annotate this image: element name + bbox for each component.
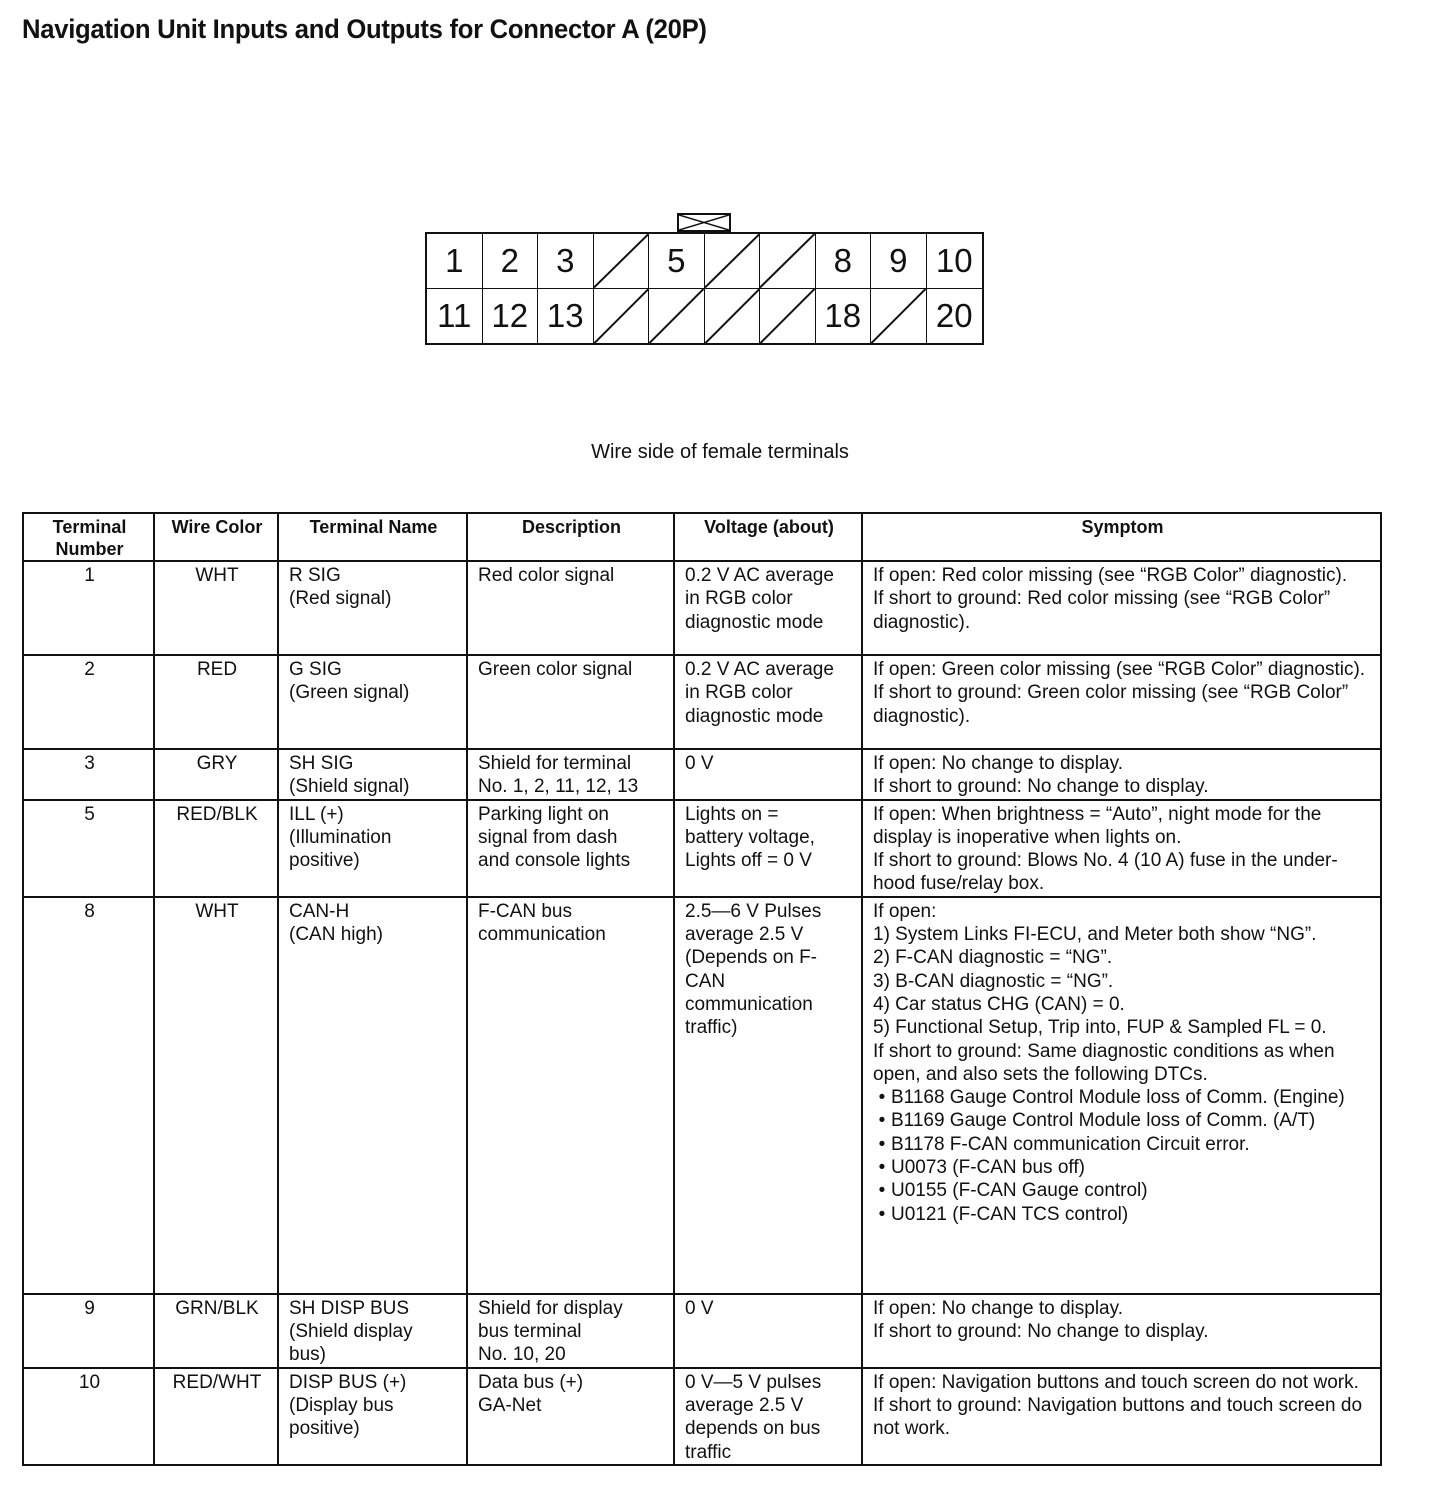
dtc-text: U0073 (F-CAN bus off) <box>891 1157 1085 1178</box>
table-row: 5RED/BLKILL (+)(Illuminationpositive)Par… <box>23 800 1381 897</box>
symptom-cell: If open: No change to display.If short t… <box>862 749 1381 800</box>
wire-color-cell: GRY <box>154 749 278 800</box>
dtc-list-item: B1169 Gauge Control Module loss of Comm.… <box>873 1109 1372 1132</box>
symptom-line: If short to ground: Red color missing (s… <box>873 587 1372 634</box>
table-row: 2REDG SIG(Green signal)Green color signa… <box>23 655 1381 749</box>
symptom-line: If short to ground: Navigation buttons a… <box>873 1394 1372 1441</box>
voltage-cell: 0 V <box>674 749 862 800</box>
terminal-name-cell: SH SIG(Shield signal) <box>278 749 467 800</box>
voltage-line: 0 V <box>685 1297 853 1320</box>
voltage-line: communication <box>685 993 853 1016</box>
description-cell: Red color signal <box>467 561 674 655</box>
voltage-cell: 0 V—5 V pulsesaverage 2.5 Vdepends on bu… <box>674 1368 862 1465</box>
voltage-line: traffic <box>685 1441 853 1464</box>
symptom-line: If short to ground: No change to display… <box>873 1320 1372 1343</box>
symptom-line: If open: Navigation buttons and touch sc… <box>873 1371 1372 1394</box>
description-line: Data bus (+) <box>478 1371 665 1394</box>
voltage-line: average 2.5 V <box>685 923 853 946</box>
description-line: bus terminal <box>478 1320 665 1343</box>
table-row: 1WHTR SIG(Red signal)Red color signal0.2… <box>23 561 1381 655</box>
voltage-line: 0 V <box>685 752 853 775</box>
voltage-line: CAN <box>685 970 853 993</box>
terminal-cell: 1 <box>427 234 483 289</box>
description-line: Red color signal <box>478 564 665 587</box>
voltage-line: 0.2 V AC average <box>685 564 853 587</box>
description-line: No. 1, 2, 11, 12, 13 <box>478 775 665 798</box>
wire-color-cell: WHT <box>154 561 278 655</box>
terminal-name-cell: CAN-H(CAN high) <box>278 897 467 1294</box>
name-line: (Shield signal) <box>289 775 458 798</box>
symptom-line: 4) Car status CHG (CAN) = 0. <box>873 993 1372 1016</box>
terminal-name-cell: G SIG(Green signal) <box>278 655 467 749</box>
voltage-line: 2.5—6 V Pulses <box>685 900 853 923</box>
terminal-cell: 2 <box>483 234 539 289</box>
voltage-cell: Lights on =battery voltage,Lights off = … <box>674 800 862 897</box>
symptom-line: If open: Red color missing (see “RGB Col… <box>873 564 1372 587</box>
dtc-text: B1178 F-CAN communication Circuit error. <box>891 1134 1250 1155</box>
description-line: signal from dash <box>478 826 665 849</box>
symptom-cell: If open: No change to display.If short t… <box>862 1294 1381 1368</box>
dtc-text: U0121 (F-CAN TCS control) <box>891 1204 1128 1225</box>
terminal-cell: 18 <box>816 289 872 344</box>
terminal-name-cell: R SIG(Red signal) <box>278 561 467 655</box>
symptom-line: If open: Green color missing (see “RGB C… <box>873 658 1372 681</box>
dtc-list-item: U0121 (F-CAN TCS control) <box>873 1203 1372 1226</box>
dtc-list-item: B1178 F-CAN communication Circuit error. <box>873 1133 1372 1156</box>
wire-color-cell: GRN/BLK <box>154 1294 278 1368</box>
symptom-line: If open: <box>873 900 1372 923</box>
description-line: and console lights <box>478 849 665 872</box>
wire-color-cell: RED/BLK <box>154 800 278 897</box>
name-line: (Shield display <box>289 1320 458 1343</box>
terminal-number-cell: 3 <box>23 749 154 800</box>
header-wire-color: Wire Color <box>154 513 278 561</box>
terminal-name-cell: SH DISP BUS(Shield displaybus) <box>278 1294 467 1368</box>
symptom-cell: If open: Green color missing (see “RGB C… <box>862 655 1381 749</box>
terminal-number-cell: 9 <box>23 1294 154 1368</box>
description-line: F-CAN bus <box>478 900 665 923</box>
name-line: DISP BUS (+) <box>289 1371 458 1394</box>
voltage-line: Lights on = <box>685 803 853 826</box>
description-line: Shield for display <box>478 1297 665 1320</box>
name-line: (Green signal) <box>289 681 458 704</box>
connector-caption: Wire side of female terminals <box>0 441 1440 464</box>
symptom-cell: If open: When brightness = “Auto”, night… <box>862 800 1381 897</box>
name-line: positive) <box>289 849 458 872</box>
dtc-text: B1169 Gauge Control Module loss of Comm.… <box>891 1110 1315 1131</box>
dtc-list-item: U0155 (F-CAN Gauge control) <box>873 1179 1372 1202</box>
voltage-line: diagnostic mode <box>685 705 853 728</box>
terminal-number-cell: 10 <box>23 1368 154 1465</box>
voltage-line: depends on bus <box>685 1417 853 1440</box>
terminal-name-cell: ILL (+)(Illuminationpositive) <box>278 800 467 897</box>
connector-terminal-grid: 123589101112131820 <box>425 232 984 345</box>
name-line: bus) <box>289 1343 458 1366</box>
unused-terminal-cell <box>594 234 650 289</box>
voltage-line: 0 V—5 V pulses <box>685 1371 853 1394</box>
voltage-line: (Depends on F- <box>685 946 853 969</box>
voltage-line: 0.2 V AC average <box>685 658 853 681</box>
table-row: 3GRYSH SIG(Shield signal)Shield for term… <box>23 749 1381 800</box>
description-cell: Green color signal <box>467 655 674 749</box>
unused-terminal-cell <box>760 234 816 289</box>
symptom-line: If open: When brightness = “Auto”, night… <box>873 803 1372 850</box>
description-line: Shield for terminal <box>478 752 665 775</box>
name-line: (Red signal) <box>289 587 458 610</box>
header-terminal-name: Terminal Name <box>278 513 467 561</box>
dtc-text: B1168 Gauge Control Module loss of Comm.… <box>891 1087 1345 1108</box>
table-row: 10RED/WHTDISP BUS (+)(Display buspositiv… <box>23 1368 1381 1465</box>
name-line: CAN-H <box>289 900 458 923</box>
name-line: SH DISP BUS <box>289 1297 458 1320</box>
terminal-cell: 8 <box>816 234 872 289</box>
description-cell: Shield for terminalNo. 1, 2, 11, 12, 13 <box>467 749 674 800</box>
voltage-line: Lights off = 0 V <box>685 849 853 872</box>
symptom-line: If open: No change to display. <box>873 1297 1372 1320</box>
terminal-cell: 20 <box>927 289 983 344</box>
symptom-cell: If open: Navigation buttons and touch sc… <box>862 1368 1381 1465</box>
table-row: 8WHTCAN-H(CAN high)F-CAN buscommunicatio… <box>23 897 1381 1294</box>
name-line: positive) <box>289 1417 458 1440</box>
unused-terminal-cell <box>760 289 816 344</box>
terminal-number-cell: 8 <box>23 897 154 1294</box>
description-cell: Parking light onsignal from dashand cons… <box>467 800 674 897</box>
voltage-cell: 0 V <box>674 1294 862 1368</box>
description-line: GA-Net <box>478 1394 665 1417</box>
symptom-line: If short to ground: Same diagnostic cond… <box>873 1040 1372 1087</box>
name-line: (Illumination <box>289 826 458 849</box>
terminal-number-cell: 1 <box>23 561 154 655</box>
voltage-line: in RGB color <box>685 587 853 610</box>
symptom-line: If short to ground: Green color missing … <box>873 681 1372 728</box>
unused-terminal-cell <box>594 289 650 344</box>
voltage-line: in RGB color <box>685 681 853 704</box>
name-line: ILL (+) <box>289 803 458 826</box>
pinout-table: Terminal Number Wire Color Terminal Name… <box>22 512 1382 1466</box>
terminal-cell: 13 <box>538 289 594 344</box>
terminal-name-cell: DISP BUS (+)(Display buspositive) <box>278 1368 467 1465</box>
description-line: Green color signal <box>478 658 665 681</box>
connector-latch <box>677 213 731 232</box>
unused-terminal-cell <box>705 289 761 344</box>
voltage-line: average 2.5 V <box>685 1394 853 1417</box>
header-voltage: Voltage (about) <box>674 513 862 561</box>
unused-terminal-cell <box>705 234 761 289</box>
symptom-cell: If open:1) System Links FI-ECU, and Mete… <box>862 897 1381 1294</box>
dtc-text: U0155 (F-CAN Gauge control) <box>891 1180 1148 1201</box>
terminal-cell: 12 <box>483 289 539 344</box>
terminal-cell: 5 <box>649 234 705 289</box>
name-line: G SIG <box>289 658 458 681</box>
page-title: Navigation Unit Inputs and Outputs for C… <box>22 14 707 45</box>
terminal-number-cell: 2 <box>23 655 154 749</box>
name-line: R SIG <box>289 564 458 587</box>
terminal-cell: 9 <box>871 234 927 289</box>
terminal-cell: 11 <box>427 289 483 344</box>
voltage-cell: 2.5—6 V Pulsesaverage 2.5 V(Depends on F… <box>674 897 862 1294</box>
name-line: SH SIG <box>289 752 458 775</box>
wire-color-cell: RED <box>154 655 278 749</box>
description-cell: Data bus (+)GA-Net <box>467 1368 674 1465</box>
description-line: No. 10, 20 <box>478 1343 665 1366</box>
name-line: (Display bus <box>289 1394 458 1417</box>
header-terminal-number: Terminal Number <box>23 513 154 561</box>
symptom-line: 5) Functional Setup, Trip into, FUP & Sa… <box>873 1016 1372 1039</box>
symptom-cell: If open: Red color missing (see “RGB Col… <box>862 561 1381 655</box>
unused-terminal-cell <box>871 289 927 344</box>
voltage-cell: 0.2 V AC averagein RGB colordiagnostic m… <box>674 561 862 655</box>
terminal-cell: 3 <box>538 234 594 289</box>
voltage-line: diagnostic mode <box>685 611 853 634</box>
wire-color-cell: RED/WHT <box>154 1368 278 1465</box>
dtc-list-item: U0073 (F-CAN bus off) <box>873 1156 1372 1179</box>
voltage-line: traffic) <box>685 1016 853 1039</box>
symptom-line: If short to ground: No change to display… <box>873 775 1372 798</box>
description-cell: Shield for displaybus terminalNo. 10, 20 <box>467 1294 674 1368</box>
table-row: 9GRN/BLKSH DISP BUS(Shield displaybus)Sh… <box>23 1294 1381 1368</box>
name-line: (CAN high) <box>289 923 458 946</box>
voltage-line: battery voltage, <box>685 826 853 849</box>
terminal-cell: 10 <box>927 234 983 289</box>
description-line: communication <box>478 923 665 946</box>
header-description: Description <box>467 513 674 561</box>
description-cell: F-CAN buscommunication <box>467 897 674 1294</box>
terminal-number-cell: 5 <box>23 800 154 897</box>
symptom-line: 1) System Links FI-ECU, and Meter both s… <box>873 923 1372 946</box>
header-symptom: Symptom <box>862 513 1381 561</box>
symptom-line: If short to ground: Blows No. 4 (10 A) f… <box>873 849 1372 896</box>
symptom-line: 3) B-CAN diagnostic = “NG”. <box>873 970 1372 993</box>
symptom-line: If open: No change to display. <box>873 752 1372 775</box>
description-line: Parking light on <box>478 803 665 826</box>
symptom-line: 2) F-CAN diagnostic = “NG”. <box>873 946 1372 969</box>
dtc-list-item: B1168 Gauge Control Module loss of Comm.… <box>873 1086 1372 1109</box>
wire-color-cell: WHT <box>154 897 278 1294</box>
voltage-cell: 0.2 V AC averagein RGB colordiagnostic m… <box>674 655 862 749</box>
unused-terminal-cell <box>649 289 705 344</box>
table-header-row: Terminal Number Wire Color Terminal Name… <box>23 513 1381 561</box>
